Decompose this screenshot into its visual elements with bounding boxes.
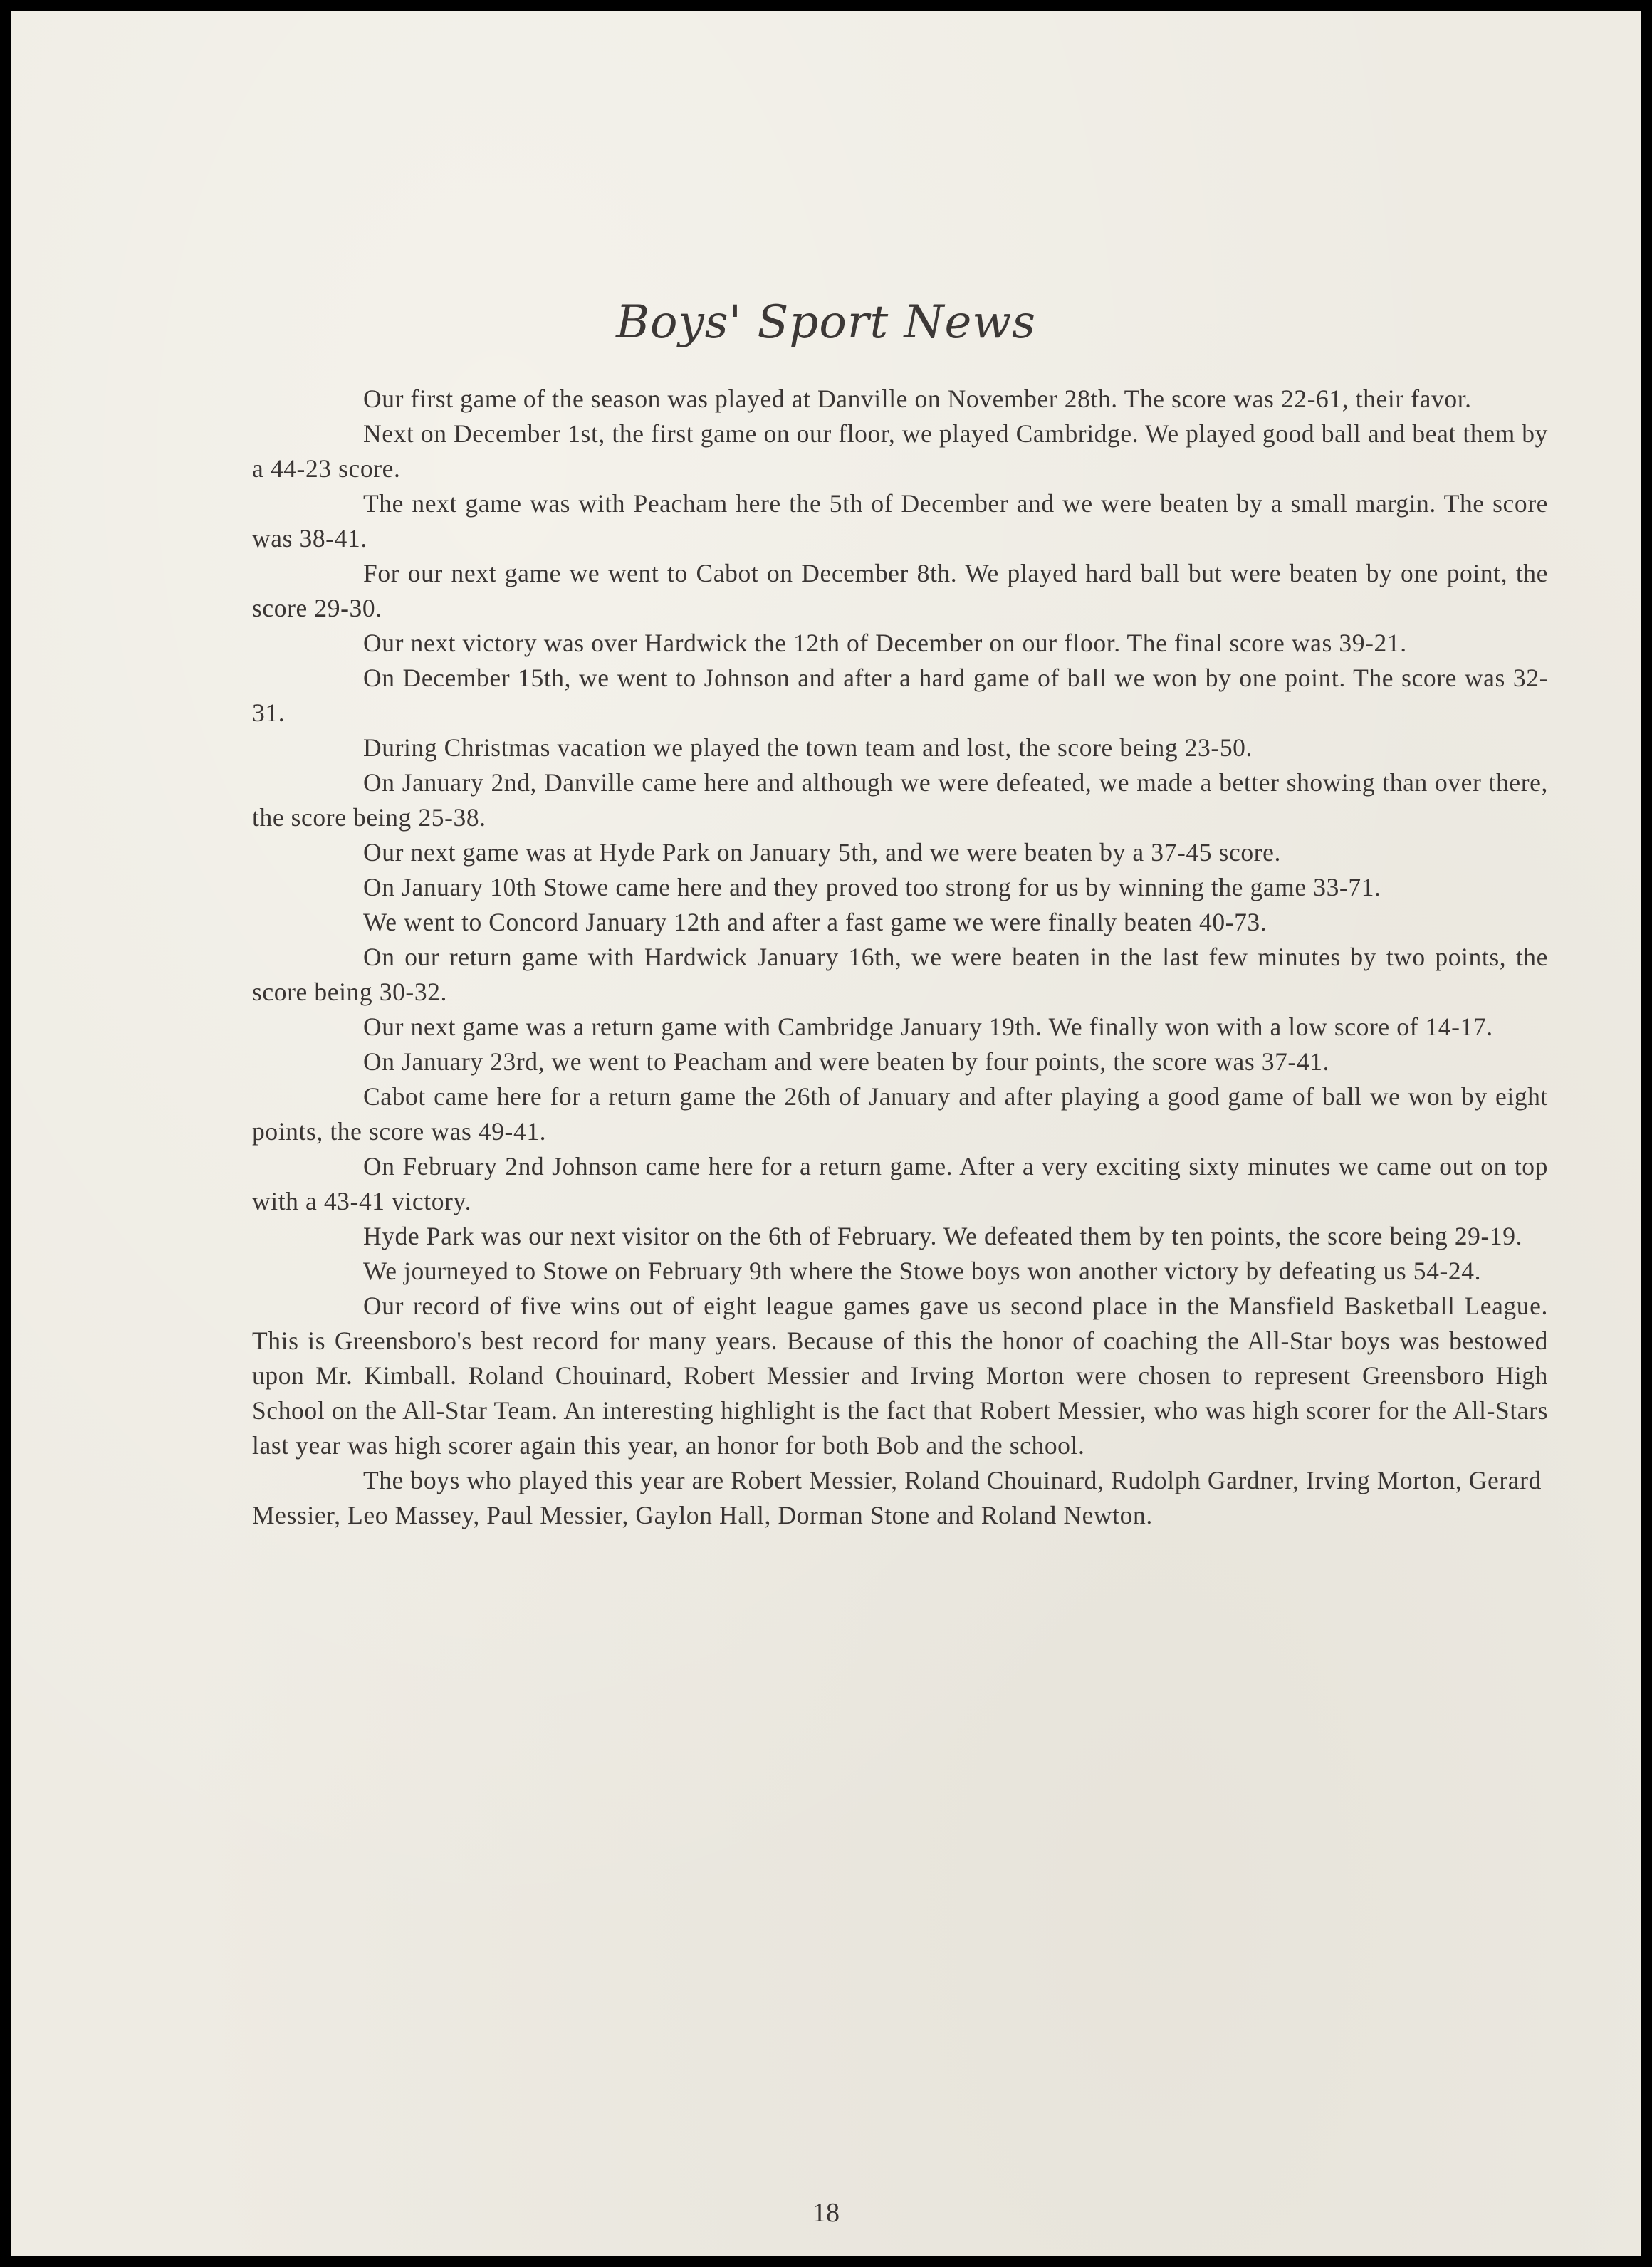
paragraph: Hyde Park was our next visitor on the 6t… xyxy=(252,1219,1548,1254)
paragraph: On January 10th Stowe came here and they… xyxy=(252,870,1548,905)
paragraph: We journeyed to Stowe on February 9th wh… xyxy=(252,1254,1548,1289)
paragraph: The boys who played this year are Robert… xyxy=(252,1463,1548,1533)
paragraph: Our record of five wins out of eight lea… xyxy=(252,1289,1548,1463)
paragraph: We went to Concord January 12th and afte… xyxy=(252,905,1548,940)
paragraph: For our next game we went to Cabot on De… xyxy=(252,556,1548,626)
paragraph: On January 23rd, we went to Peacham and … xyxy=(252,1045,1548,1079)
paragraph: The next game was with Peacham here the … xyxy=(252,486,1548,556)
page-title: Boys' Sport News xyxy=(11,296,1641,349)
page-number: 18 xyxy=(11,2197,1641,2229)
paragraph: On January 2nd, Danville came here and a… xyxy=(252,765,1548,835)
paragraph: During Christmas vacation we played the … xyxy=(252,731,1548,765)
paragraph: Our next game was a return game with Cam… xyxy=(252,1010,1548,1045)
paragraph: Next on December 1st, the first game on … xyxy=(252,417,1548,486)
paragraph: Cabot came here for a return game the 26… xyxy=(252,1079,1548,1149)
article-body: Our first game of the season was played … xyxy=(252,382,1548,1533)
paragraph: Our next game was at Hyde Park on Januar… xyxy=(252,835,1548,870)
document-page: Boys' Sport News Our first game of the s… xyxy=(11,11,1641,2256)
paragraph: On February 2nd Johnson came here for a … xyxy=(252,1149,1548,1219)
paragraph: On December 15th, we went to Johnson and… xyxy=(252,661,1548,731)
paragraph: Our next victory was over Hardwick the 1… xyxy=(252,626,1548,661)
paragraph: On our return game with Hardwick January… xyxy=(252,940,1548,1010)
paragraph: Our first game of the season was played … xyxy=(252,382,1548,417)
